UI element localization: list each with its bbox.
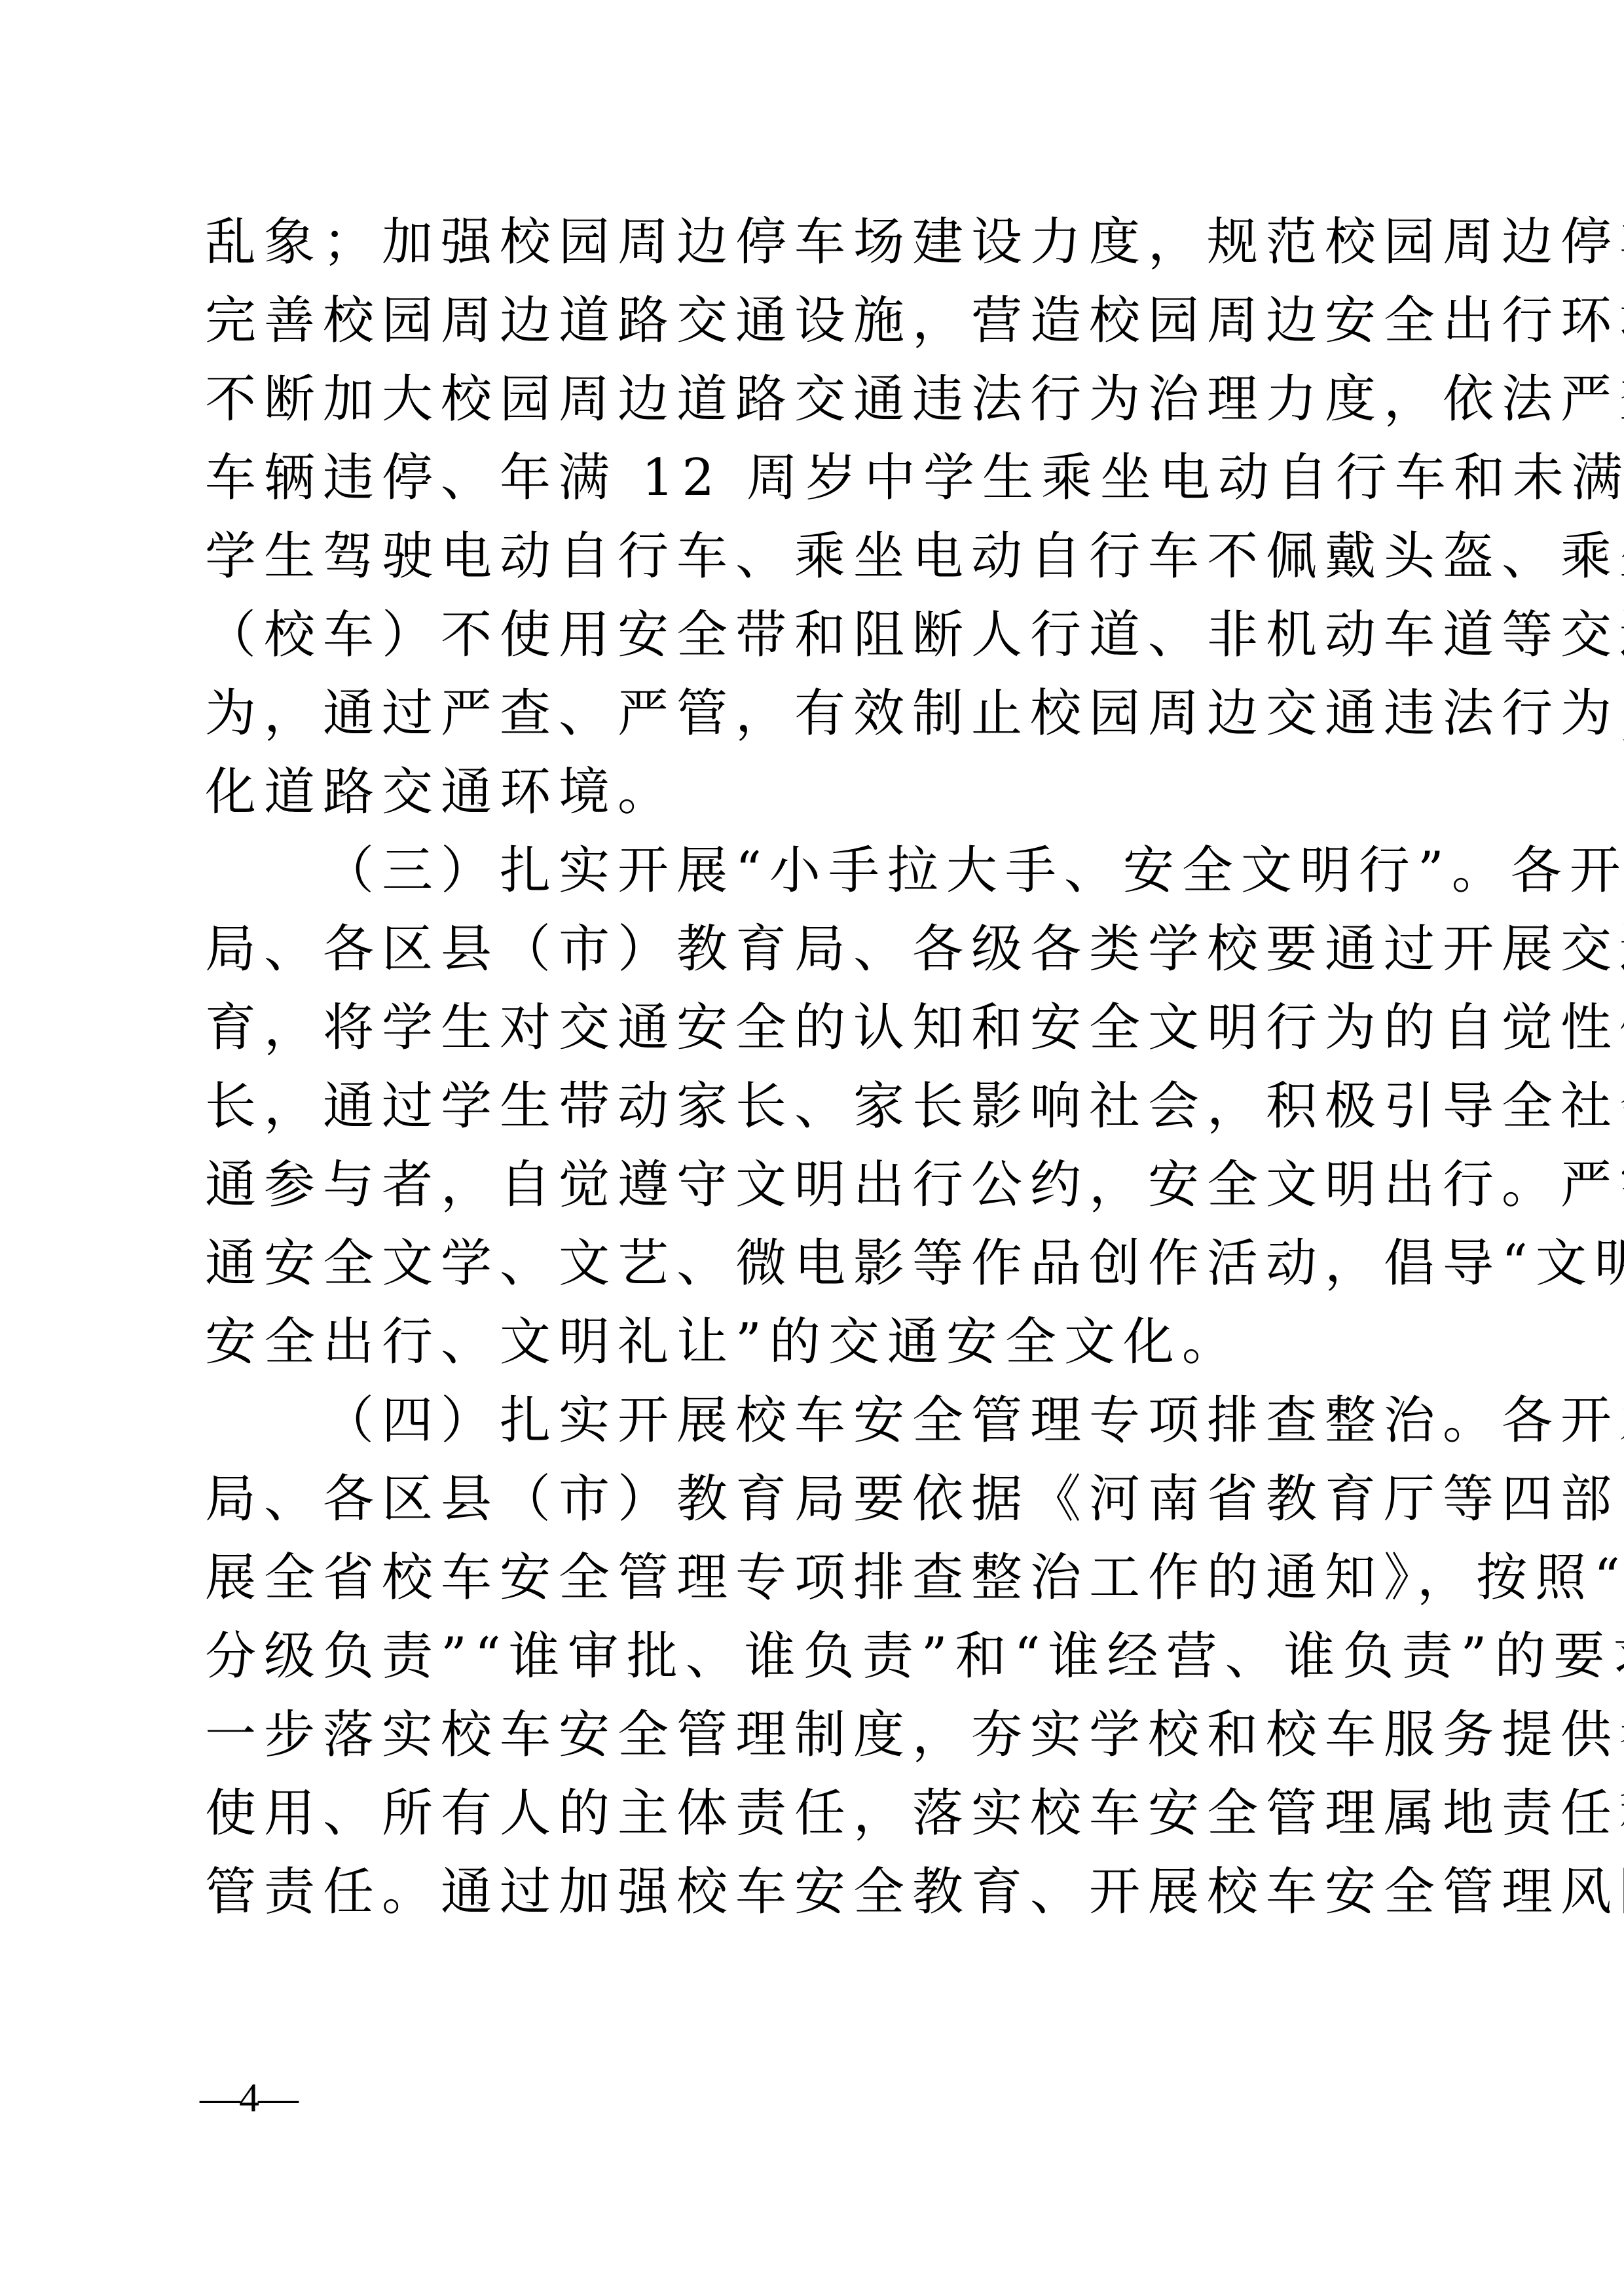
body-text: 乱象；加强校园周边停车场建设力度，规范校园周边停车秩序； 完善校园周边道路交通设… <box>205 203 1430 1931</box>
text-line: 不断加大校园周边道路交通违法行为治理力度，依法严查校门口 <box>205 360 1430 439</box>
text-line: 育，将学生对交通安全的认知和安全文明行为的自觉性传导给家 <box>205 989 1430 1067</box>
text-line: 分级负责”“谁审批、谁负责”和“谁经营、谁负责”的要求，进 <box>205 1617 1430 1696</box>
page-number: —4— <box>200 2075 297 2122</box>
text-line: 乱象；加强校园周边停车场建设力度，规范校园周边停车秩序； <box>205 203 1430 282</box>
text-line: 管责任。通过加强校车安全教育、开展校车安全管理风险排查、 <box>205 1853 1430 1931</box>
text-line: 局、各区县（市）教育局要依据《河南省教育厅等四部门关于开 <box>205 1460 1430 1539</box>
text-line: 使用、所有人的主体责任，落实校车安全管理属地责任和行业监 <box>205 1774 1430 1853</box>
text-line: 车辆违停、年满 12 周岁中学生乘坐电动自行车和未满 16 周岁中 <box>205 439 1430 517</box>
text-line: 为，通过严查、严管，有效制止校园周边交通违法行为，不断净 <box>205 674 1430 753</box>
document-page: 乱象；加强校园周边停车场建设力度，规范校园周边停车秩序； 完善校园周边道路交通设… <box>0 0 1624 2296</box>
text-line: 展全省校车安全管理专项排查整治工作的通知》，按照“属地管理、 <box>205 1539 1430 1617</box>
text-line: 通安全文学、文艺、微电影等作品创作活动，倡导“文明用车、 <box>205 1224 1430 1303</box>
text-line: （校车）不使用安全带和阻断人行道、非机动车道等交通违法行 <box>205 596 1430 674</box>
text-line: 完善校园周边道路交通设施，营造校园周边安全出行环境。同时， <box>205 282 1430 360</box>
text-line: 安全出行、文明礼让”的交通安全文化。 <box>205 1303 1430 1381</box>
text-line: 化道路交通环境。 <box>205 753 1430 831</box>
text-line: 局、各区县（市）教育局、各级各类学校要通过开展交通安全教 <box>205 910 1430 989</box>
text-line: 通参与者，自觉遵守文明出行公约，安全文明出行。严密组织交 <box>205 1146 1430 1224</box>
text-line: 学生驾驶电动自行车、乘坐电动自行车不佩戴头盔、乘坐机动车 <box>205 517 1430 596</box>
text-line: 一步落实校车安全管理制度，夯实学校和校车服务提供者等校车 <box>205 1696 1430 1774</box>
text-line: 长，通过学生带动家长、家长影响社会，积极引导全社会广大交 <box>205 1067 1430 1146</box>
section-heading-line: （四）扎实开展校车安全管理专项排查整治。各开发区教育 <box>205 1381 1430 1460</box>
section-heading-line: （三）扎实开展“小手拉大手、安全文明行”。各开发区教育 <box>205 831 1430 910</box>
